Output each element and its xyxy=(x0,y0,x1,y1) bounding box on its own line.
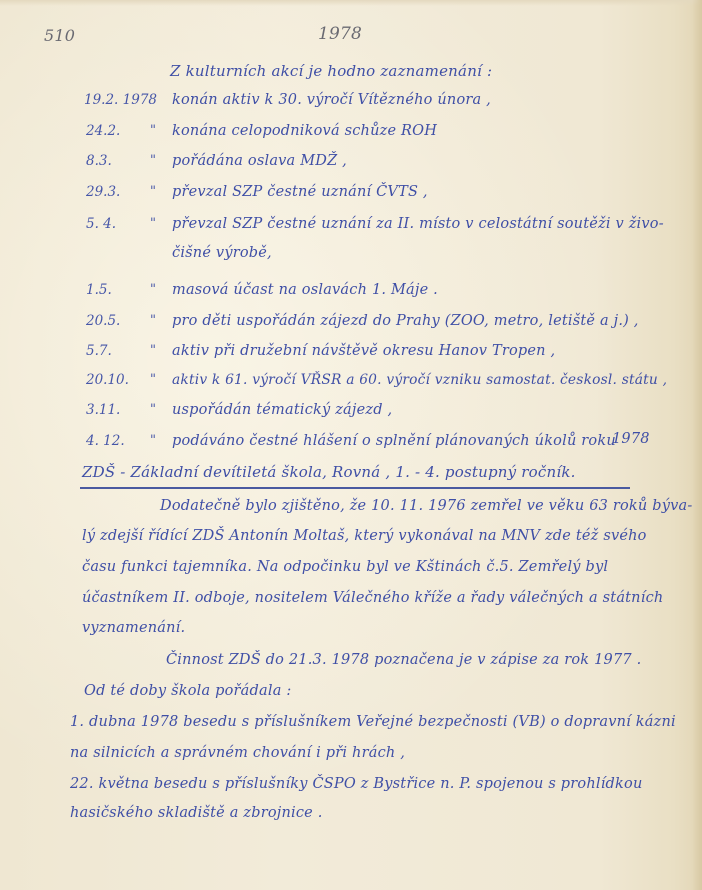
paragraph-line: Od té doby škola pořádala : xyxy=(84,683,291,699)
ditto-mark: " xyxy=(150,184,156,199)
ditto-mark: " xyxy=(150,313,156,328)
page-year: 1978 xyxy=(318,24,362,44)
event-text-continuation: čišné výrobě, xyxy=(172,245,272,261)
ditto-mark: " xyxy=(150,343,156,358)
ditto-mark: " xyxy=(150,216,156,231)
ditto-mark: " xyxy=(150,372,156,387)
page-number: 510 xyxy=(44,26,75,45)
event-text: uspořádán tématický zájezd , xyxy=(172,402,392,418)
page-top-edge xyxy=(0,0,702,6)
ditto-mark: " xyxy=(150,282,156,297)
event-date: 20.5. xyxy=(86,313,120,329)
paragraph-line: lý zdejší řídící ZDŠ Antonín Moltaš, kte… xyxy=(82,528,647,544)
event-text: převzal SZP čestné uznání ČVTS , xyxy=(172,184,428,200)
event-text: podáváno čestné hlášení o splnění plánov… xyxy=(172,433,616,449)
event-date: 19.2. 1978 xyxy=(84,92,157,108)
event-date: 5. 4. xyxy=(86,216,116,232)
event-trailing-year: 1978 xyxy=(612,431,650,447)
event-date: 1.5. xyxy=(86,282,112,298)
section-intro: Z kulturních akcí je hodno zaznamenání : xyxy=(170,62,492,80)
event-date: 29.3. xyxy=(86,184,120,200)
event-date: 4. 12. xyxy=(86,433,125,449)
ditto-mark: " xyxy=(150,402,156,417)
ditto-mark: " xyxy=(150,123,156,138)
manuscript-page: 510 1978 Z kulturních akcí je hodno zazn… xyxy=(0,0,702,890)
paragraph-line: účastníkem II. odboje, nositelem Válečné… xyxy=(82,590,663,606)
paragraph-line: Dodatečně bylo zjištěno, že 10. 11. 1976… xyxy=(160,498,692,514)
paragraph-line: na silnicích a správném chování i při hr… xyxy=(70,745,405,761)
ditto-mark: " xyxy=(150,433,156,448)
paragraph-line: Činnost ZDŠ do 21.3. 1978 poznačena je v… xyxy=(166,652,641,668)
event-date: 24.2. xyxy=(86,123,120,139)
paragraph-line: hasičského skladiště a zbrojnice . xyxy=(70,805,323,821)
paragraph-line: 1. dubna 1978 besedu s příslušníkem Veře… xyxy=(70,714,676,730)
event-text: pořádána oslava MDŽ , xyxy=(172,153,347,169)
page-binding-edge xyxy=(692,0,702,890)
event-date: 8.3. xyxy=(86,153,112,169)
event-text: konán aktiv k 30. výročí Vítězného února… xyxy=(172,92,491,108)
event-text: konána celopodniková schůze ROH xyxy=(172,123,437,139)
event-text: převzal SZP čestné uznání za II. místo v… xyxy=(172,216,664,232)
paragraph-line: času funkci tajemníka. Na odpočinku byl … xyxy=(82,559,608,575)
school-section-heading: ZDŠ - Základní devítiletá škola, Rovná ,… xyxy=(82,463,576,481)
event-date: 20.10. xyxy=(86,372,129,388)
event-date: 5.7. xyxy=(86,343,112,359)
heading-underline xyxy=(80,487,630,489)
paragraph-line: vyznamenání. xyxy=(82,620,185,636)
event-date: 3.11. xyxy=(86,402,120,418)
ditto-mark: " xyxy=(150,153,156,168)
paragraph-line: 22. května besedu s příslušníky ČSPO z B… xyxy=(70,776,643,792)
event-text: aktiv k 61. výročí VŘSR a 60. výročí vzn… xyxy=(172,372,667,388)
event-text: pro děti uspořádán zájezd do Prahy (ZOO,… xyxy=(172,313,639,329)
event-text: aktiv při družební návštěvě okresu Hanov… xyxy=(172,343,555,359)
event-text: masová účast na oslavách 1. Máje . xyxy=(172,282,438,298)
